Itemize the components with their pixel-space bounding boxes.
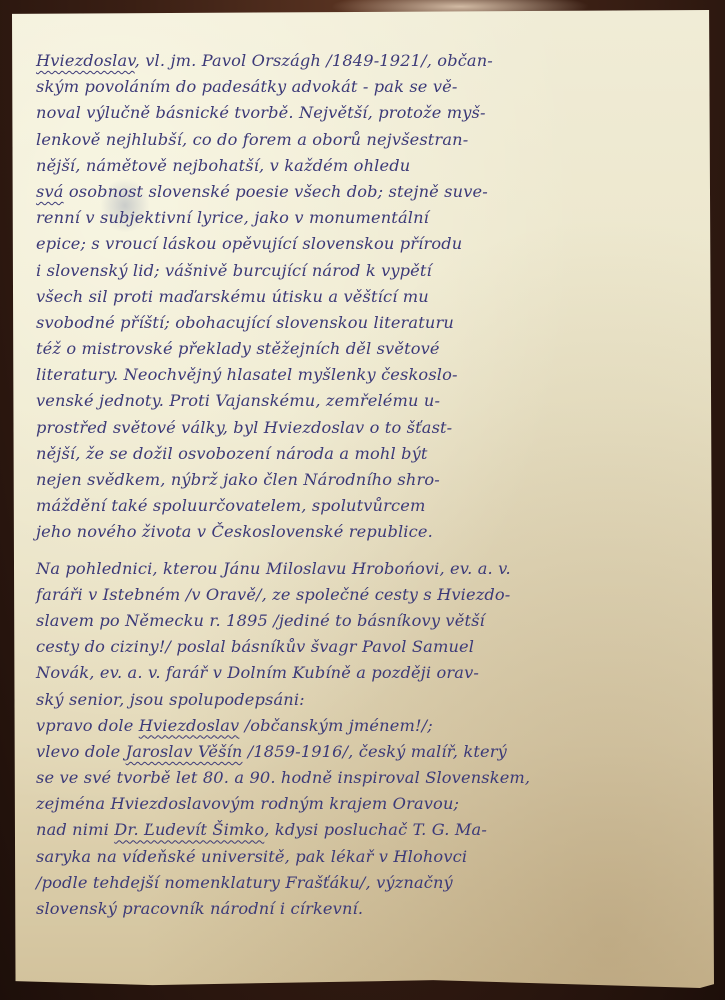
text-line: saryka na vídeňské universitě, pak lékař… <box>36 844 696 870</box>
text-segment: nější, že se dožil osvobození národa a m… <box>36 444 428 463</box>
text-segment: , vl. jm. Pavol Országh /1849-1921/, obč… <box>135 51 493 70</box>
text-line: renní v subjektivní lyrice, jako v monum… <box>36 205 696 231</box>
text-segment: zejména Hviezdoslavovým rodným krajem Or… <box>36 794 459 813</box>
text-line: vpravo dole Hviezdoslav /občanským jméne… <box>36 713 696 739</box>
text-line: epice; s vroucí láskou opěvující slovens… <box>36 231 696 257</box>
text-line: /podle tehdejší nomenklatury Frašťáku/, … <box>36 870 696 896</box>
text-segment: noval výlučně básnické tvorbě. Největší,… <box>36 103 486 122</box>
text-segment: svobodné příští; obohacující slovenskou … <box>36 313 454 332</box>
handwritten-letter-text: Hviezdoslav, vl. jm. Pavol Országh /1849… <box>36 48 696 922</box>
text-line: všech sil proti maďarskému útisku a věšt… <box>36 284 696 310</box>
text-segment: nější, námětově nejbohatší, v každém ohl… <box>36 156 410 175</box>
text-segment: literatury. Neochvějný hlasatel myšlenky… <box>36 365 458 384</box>
text-segment: ským povoláním do padesátky advokát - pa… <box>36 77 457 96</box>
text-segment: nad nimi <box>36 820 114 839</box>
text-line: cesty do ciziny!/ poslal básníkův švagr … <box>36 634 696 660</box>
text-line: nad nimi Dr. Ľudevít Šimko, kdysi posluc… <box>36 817 696 843</box>
text-segment: Na pohlednici, kterou Jánu Miloslavu Hro… <box>36 559 511 578</box>
text-segment: cesty do ciziny!/ poslal básníkův švagr … <box>36 637 474 656</box>
text-segment: , kdysi posluchač T. G. Ma- <box>264 820 487 839</box>
text-segment: i slovenský lid; vášnivě burcující národ… <box>36 261 432 280</box>
text-segment: venské jednoty. Proti Vajanskému, zemřel… <box>36 391 440 410</box>
text-segment: všech sil proti maďarskému útisku a věšt… <box>36 287 429 306</box>
underlined-name: Jaroslav Věšín <box>126 742 243 761</box>
text-segment: ský senior, jsou spolupodepsáni: <box>36 690 305 709</box>
text-segment: saryka na vídeňské universitě, pak lékař… <box>36 847 467 866</box>
text-line: slovenský pracovník národní i církevní. <box>36 896 696 922</box>
text-line: zejména Hviezdoslavovým rodným krajem Or… <box>36 791 696 817</box>
text-line: Hviezdoslav, vl. jm. Pavol Országh /1849… <box>36 48 696 74</box>
text-segment: prostřed světové války, byl Hviezdoslav … <box>36 418 452 437</box>
text-segment: /1859-1916/, český malíř, který <box>242 742 506 761</box>
text-line: vlevo dole Jaroslav Věšín /1859-1916/, č… <box>36 739 696 765</box>
text-line: venské jednoty. Proti Vajanskému, zemřel… <box>36 388 696 414</box>
text-line: nější, že se dožil osvobození národa a m… <box>36 441 696 467</box>
text-segment: Novák, ev. a. v. farář v Dolním Kubíně a… <box>36 663 479 682</box>
text-segment: nejen svědkem, nýbrž jako člen Národního… <box>36 470 440 489</box>
text-line: ský senior, jsou spolupodepsáni: <box>36 687 696 713</box>
text-line: svá osobnost slovenské poesie všech dob;… <box>36 179 696 205</box>
text-line: jeho nového života v Československé repu… <box>36 519 696 545</box>
text-segment: /podle tehdejší nomenklatury Frašťáku/, … <box>36 873 453 892</box>
text-segment: renní v subjektivní lyrice, jako v monum… <box>36 208 429 227</box>
text-line: ským povoláním do padesátky advokát - pa… <box>36 74 696 100</box>
text-segment: /občanským jménem!/; <box>239 716 432 735</box>
text-segment: lenkově nejhlubší, co do forem a oborů n… <box>36 130 468 149</box>
text-line: se ve své tvorbě let 80. a 90. hodně ins… <box>36 765 696 791</box>
text-segment: se ve své tvorbě let 80. a 90. hodně ins… <box>36 768 530 787</box>
text-line: též o mistrovské překlady stěžejních děl… <box>36 336 696 362</box>
text-line: literatury. Neochvějný hlasatel myšlenky… <box>36 362 696 388</box>
text-segment: epice; s vroucí láskou opěvující slovens… <box>36 234 462 253</box>
text-line: nější, námětově nejbohatší, v každém ohl… <box>36 153 696 179</box>
text-line: faráři v Istebném /v Oravě/, ze společné… <box>36 582 696 608</box>
text-line: Na pohlednici, kterou Jánu Miloslavu Hro… <box>36 556 696 582</box>
text-segment: vlevo dole <box>36 742 126 761</box>
text-segment: slovenský pracovník národní i církevní. <box>36 899 363 918</box>
text-segment: máždění také spoluurčovatelem, spolutvůr… <box>36 496 425 515</box>
text-segment: vpravo dole <box>36 716 139 735</box>
text-line: máždění také spoluurčovatelem, spolutvůr… <box>36 493 696 519</box>
underlined-name: Hviezdoslav <box>139 716 240 735</box>
text-line: i slovenský lid; vášnivě burcující národ… <box>36 258 696 284</box>
text-line: nejen svědkem, nýbrž jako člen Národního… <box>36 467 696 493</box>
text-segment: jeho nového života v Československé repu… <box>36 522 433 541</box>
text-segment: osobnost slovenské poesie všech dob; ste… <box>64 182 488 201</box>
text-line: prostřed světové války, byl Hviezdoslav … <box>36 415 696 441</box>
text-segment: faráři v Istebném /v Oravě/, ze společné… <box>36 585 510 604</box>
underlined-name: Hviezdoslav <box>36 51 135 70</box>
text-line: slavem po Německu r. 1895 /jediné to bás… <box>36 608 696 634</box>
text-line: noval výlučně básnické tvorbě. Největší,… <box>36 100 696 126</box>
text-line: lenkově nejhlubší, co do forem a oborů n… <box>36 127 696 153</box>
text-line: svobodné příští; obohacující slovenskou … <box>36 310 696 336</box>
text-line: Novák, ev. a. v. farář v Dolním Kubíně a… <box>36 660 696 686</box>
text-segment: též o mistrovské překlady stěžejních děl… <box>36 339 440 358</box>
paragraph-gap <box>36 546 696 556</box>
underlined-name: Dr. Ľudevít Šimko <box>114 820 264 839</box>
text-segment: slavem po Německu r. 1895 /jediné to bás… <box>36 611 485 630</box>
underlined-name: svá <box>36 182 64 201</box>
